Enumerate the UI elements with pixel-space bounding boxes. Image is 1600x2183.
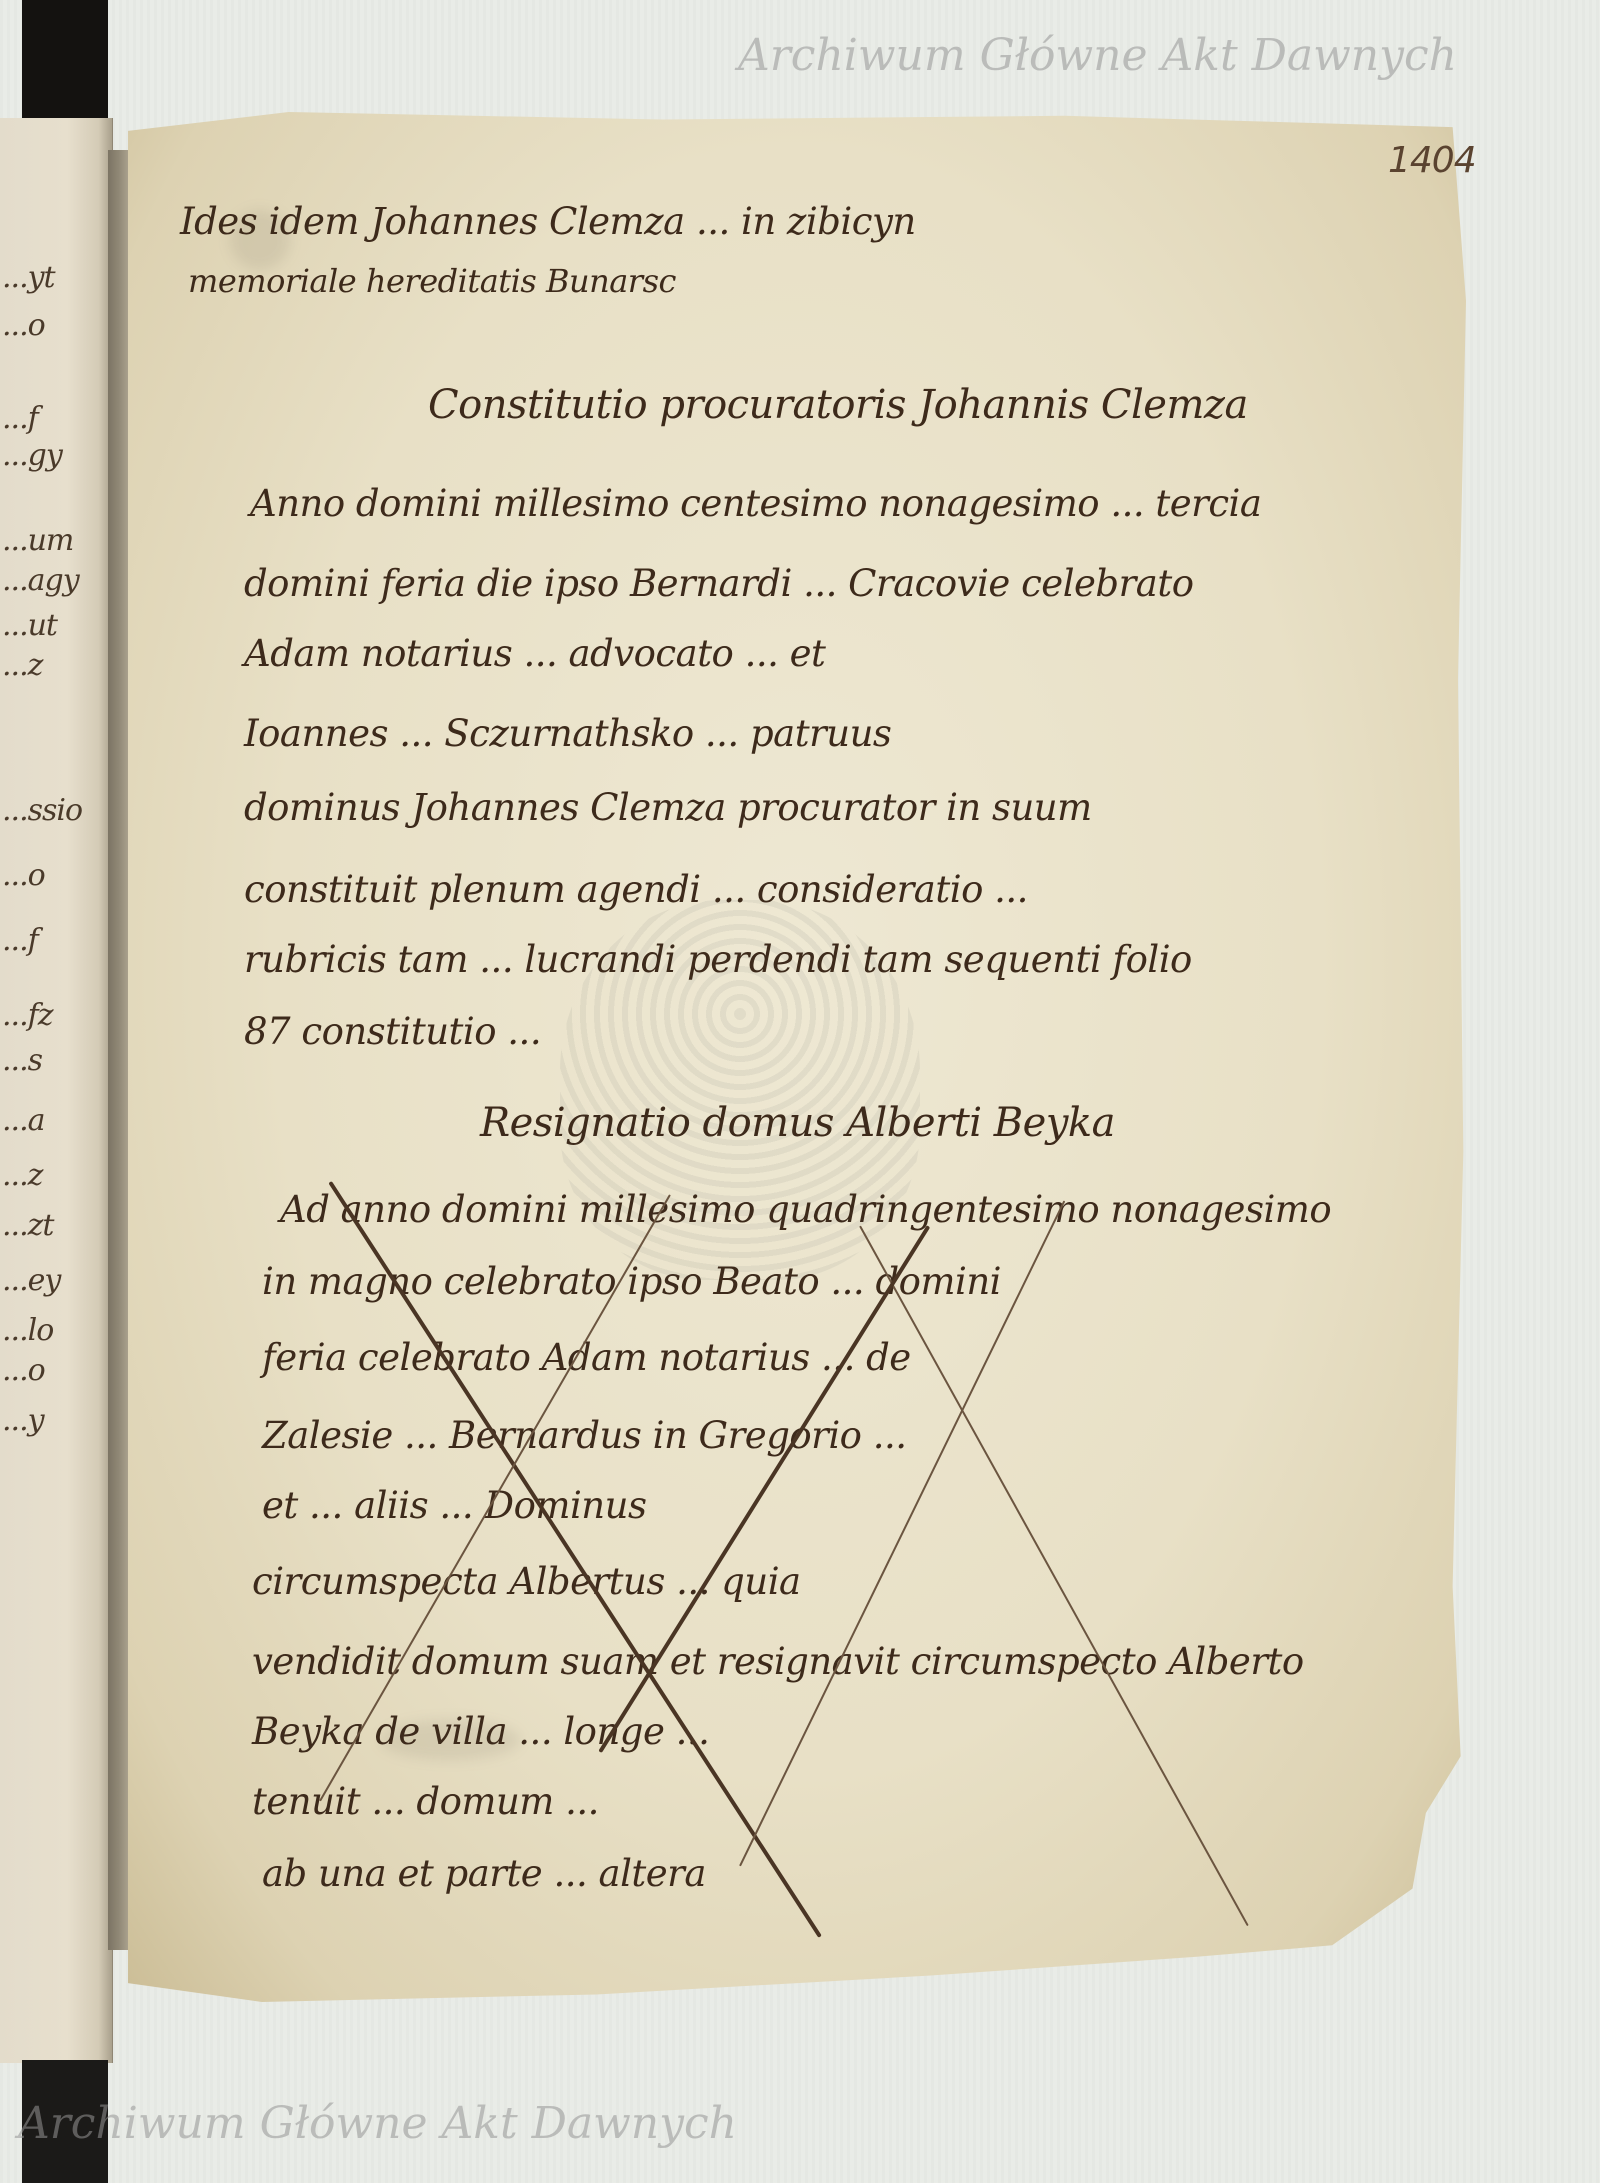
left-page-fragment: ...o: [2, 308, 102, 343]
left-page-fragment: ...ssio: [2, 793, 102, 828]
entry2-line: rubricis tam ... lucrandi perdendi tam s…: [244, 938, 1192, 981]
entry2-heading: Constitutio procuratoris Johannis Clemza: [428, 382, 1248, 428]
left-page-fragment: ...zt: [2, 1208, 102, 1243]
entry1-line: memoriale hereditatis Bunarsc: [188, 262, 676, 300]
entry2-line: Anno domini millesimo centesimo nonagesi…: [250, 482, 1261, 525]
left-page-fragment: ...y: [2, 1403, 102, 1438]
entry3-line: ab una et parte ... altera: [262, 1852, 706, 1895]
binding-strip-top: [22, 0, 108, 128]
left-page-fragment: ...um: [2, 523, 102, 558]
watermark-bottom: Archiwum Główne Akt Dawnych: [18, 2098, 737, 2149]
left-page-fragment: ...f: [2, 401, 102, 436]
left-page-fragment: ...gy: [2, 438, 102, 473]
left-facing-page: ...yt ...o ...f ...gy ...um ...agy ...ut…: [0, 118, 113, 2063]
left-page-fragment: ...agy: [2, 563, 102, 598]
entry3-line: Ad anno domini millesimo quadringentesim…: [280, 1188, 1331, 1231]
entry3-line: Zalesie ... Bernardus in Gregorio ...: [262, 1414, 907, 1457]
watermark-top: Archiwum Główne Akt Dawnych: [738, 30, 1457, 81]
left-page-fragment: ...f: [2, 923, 102, 958]
entry3-line: feria celebrato Adam notarius ... de: [262, 1336, 911, 1379]
left-page-fragment: ...lo: [2, 1313, 102, 1348]
left-page-fragment: ...yt: [2, 260, 102, 295]
left-page-fragment: ...z: [2, 1158, 102, 1193]
entry2-line: domini feria die ipso Bernardi ... Craco…: [244, 562, 1194, 605]
entry3-line: tenuit ... domum ...: [252, 1780, 599, 1823]
entry3-line: et ... aliis ... Dominus: [262, 1484, 646, 1527]
left-page-fragment: ...s: [2, 1043, 102, 1078]
left-page-fragment: ...fz: [2, 998, 102, 1033]
entry2-line: Ioannes ... Sczurnathsko ... patruus: [244, 712, 891, 755]
left-page-fragment: ...o: [2, 1353, 102, 1388]
entry3-line: Beyka de villa ... longe ...: [252, 1710, 709, 1753]
entry3-heading: Resignatio domus Alberti Beyka: [480, 1100, 1115, 1146]
left-page-fragment: ...o: [2, 858, 102, 893]
left-page-fragment: ...ut: [2, 608, 102, 643]
entry2-line: Adam notarius ... advocato ... et: [244, 632, 825, 675]
entry2-line: constituit plenum agendi ... considerati…: [244, 868, 1028, 911]
folio-number: 1404: [1388, 140, 1476, 181]
left-page-fragment: ...z: [2, 648, 102, 683]
left-page-fragment: ...ey: [2, 1263, 102, 1298]
entry1-line: Ides idem Johannes Clemza ... in zibicyn: [180, 200, 916, 243]
entry2-line: 87 constitutio ...: [244, 1010, 541, 1053]
entry2-line: dominus Johannes Clemza procurator in su…: [244, 786, 1092, 829]
left-page-fragment: ...a: [2, 1103, 102, 1138]
